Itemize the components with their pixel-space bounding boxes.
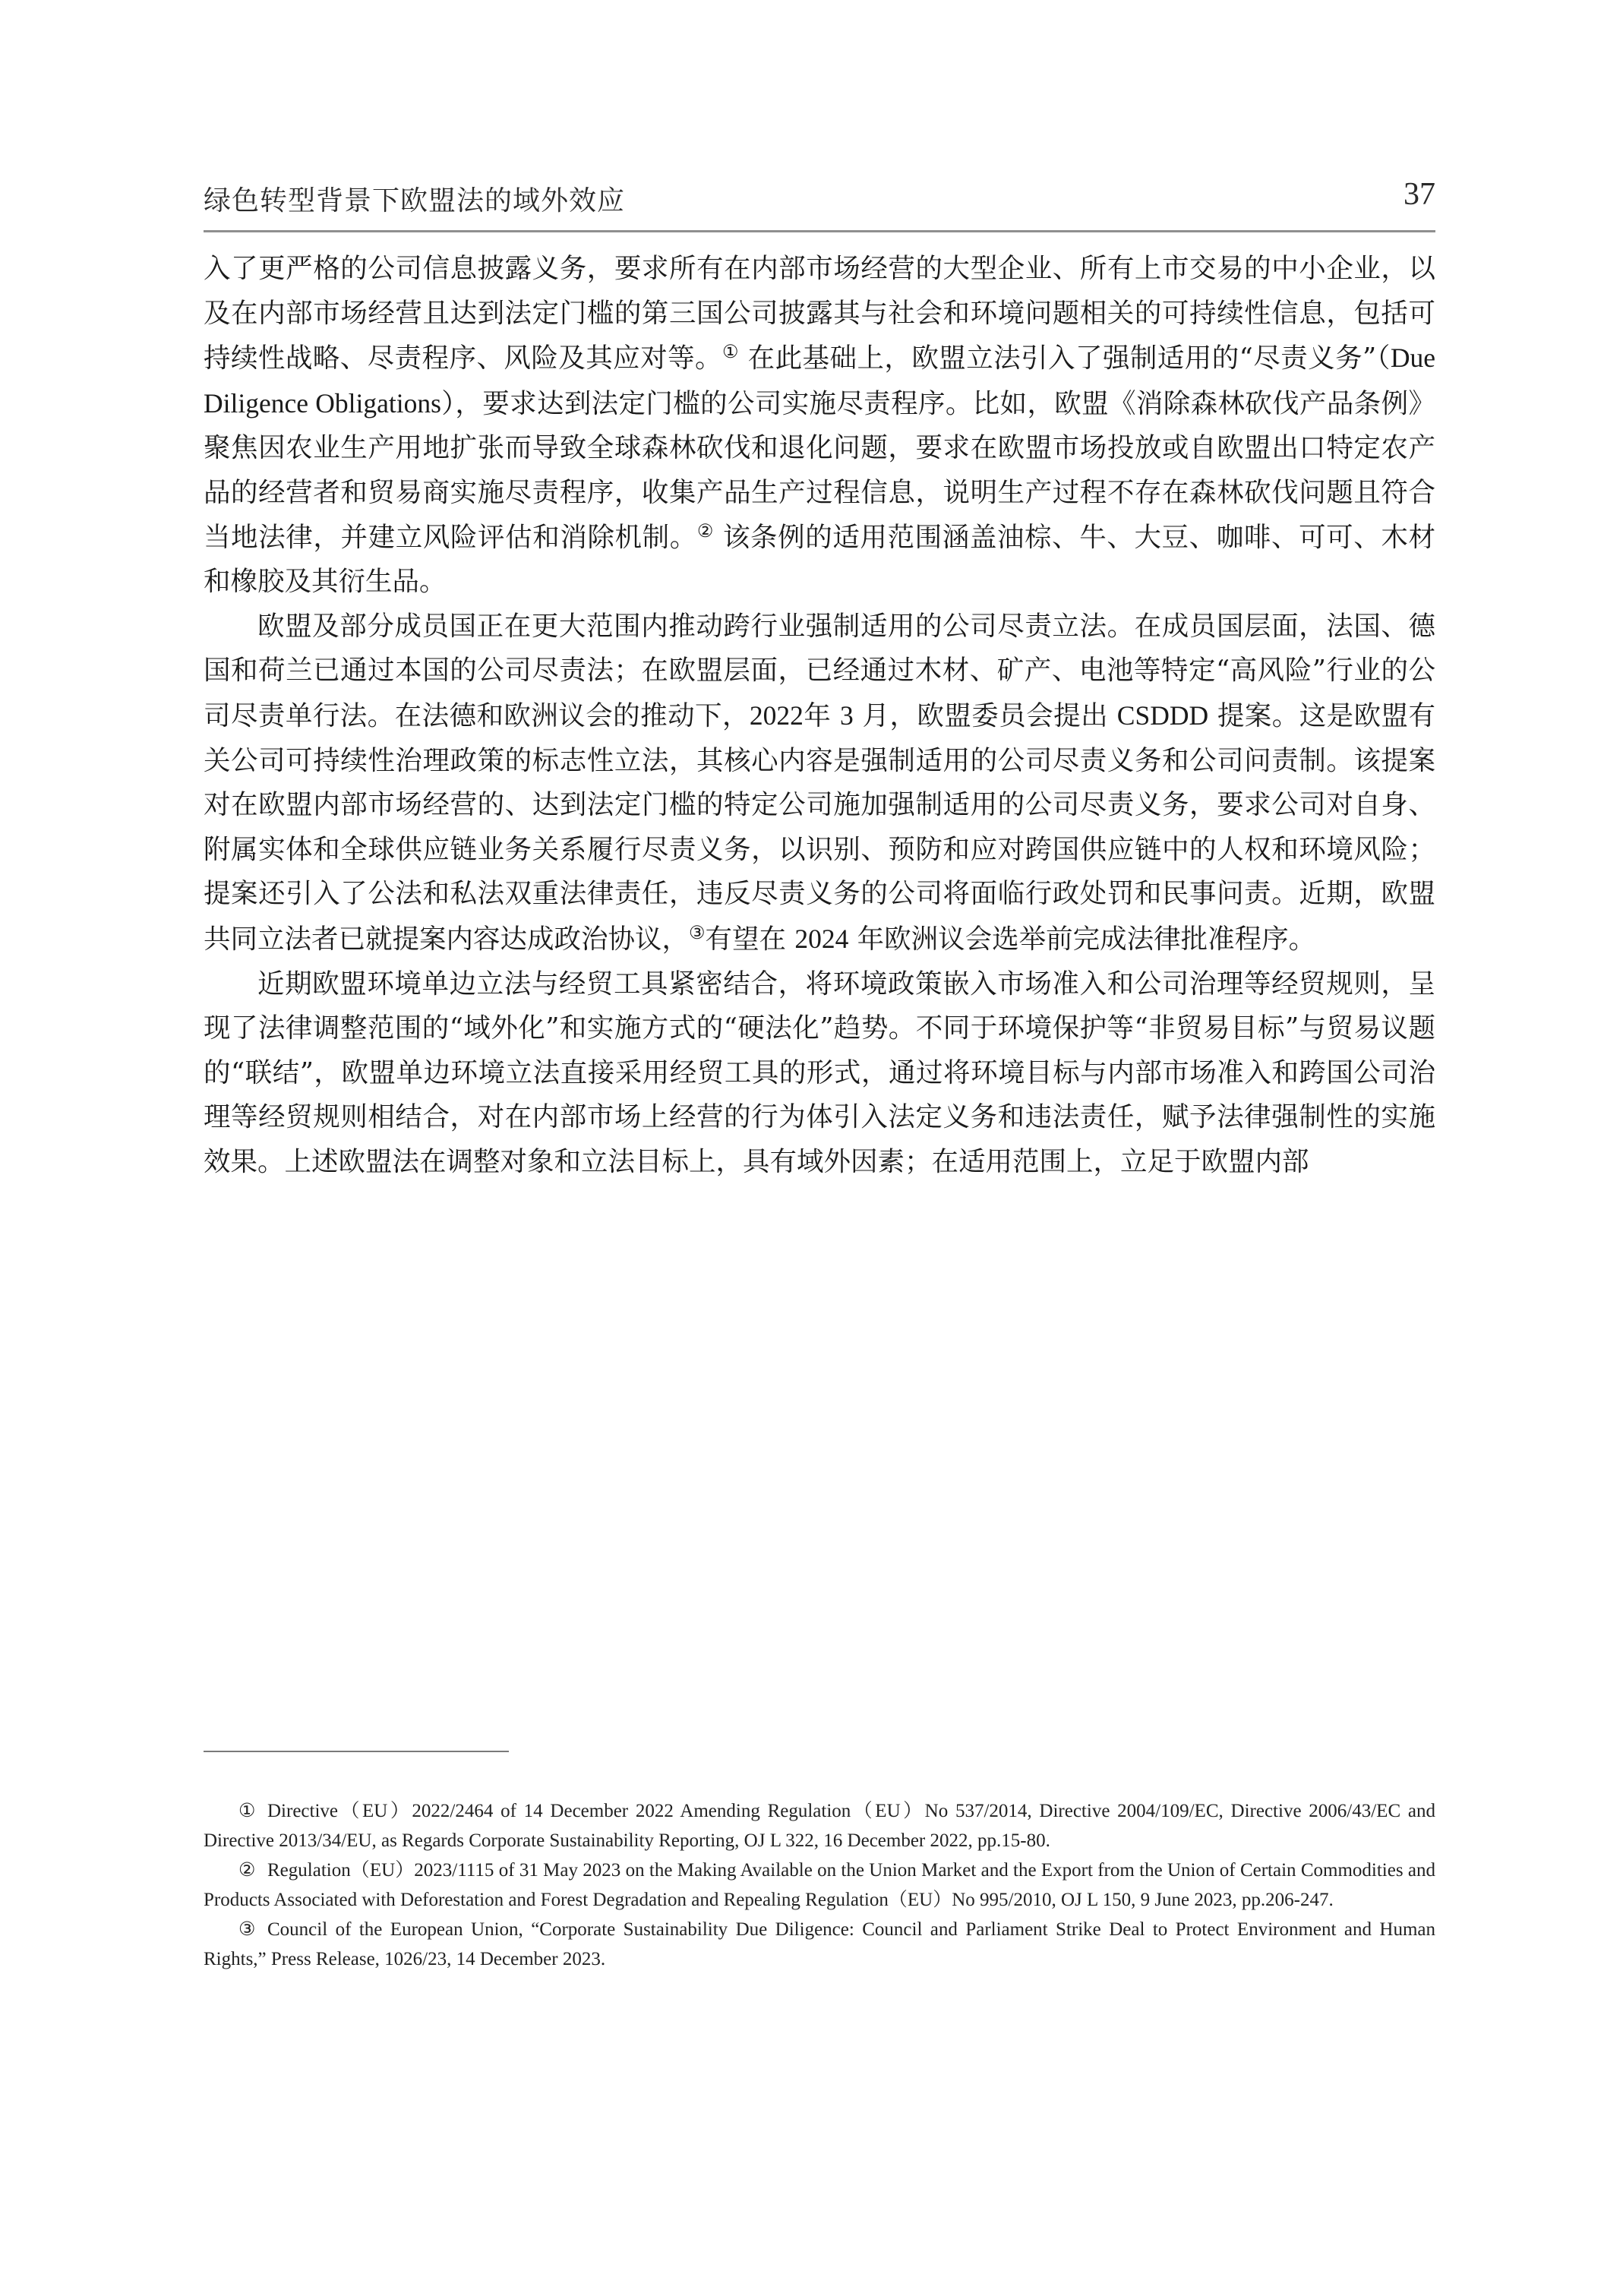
running-head: 绿色转型背景下欧盟法的域外效应 37 [204,176,1435,222]
body-paragraph: 近期欧盟环境单边立法与经贸工具紧密结合，将环境政策嵌入市场准入和公司治理等经贸规… [204,962,1435,1185]
footnote-reference[interactable]: ② [697,520,714,542]
latin-text: CSDDD [1117,700,1208,731]
latin-text: 2024 [794,924,848,954]
footnotes: ①Directive（EU）2022/2464 of 14 December 2… [204,1797,1435,1975]
latin-text: 2022 [750,700,804,731]
footnote-text: Council of the European Union, “Corporat… [204,1919,1435,1969]
body-paragraph: 欧盟及部分成员国正在更大范围内推动跨行业强制适用的公司尽责立法。在成员国层面，法… [204,605,1435,962]
footnote: ②Regulation（EU）2023/1115 of 31 May 2023 … [204,1856,1435,1915]
footnote-marker: ③ [238,1915,267,1945]
body-text: 入了更严格的公司信息披露义务，要求所有在内部市场经营的大型企业、所有上市交易的中… [204,247,1435,1184]
paragraph-text: 在此基础上，欧盟立法引入了强制适用的“尽责义务”（ [739,343,1391,374]
running-head-title: 绿色转型背景下欧盟法的域外效应 [204,179,625,218]
footnote: ③Council of the European Union, “Corpora… [204,1915,1435,1974]
footnote-marker: ① [238,1797,267,1827]
footnote-marker: ② [238,1856,267,1886]
footnote-reference[interactable]: ③ [689,922,706,943]
page-number: 37 [1404,176,1435,213]
footnote: ①Directive（EU）2022/2464 of 14 December 2… [204,1797,1435,1855]
paragraph-text: 年 [804,700,840,731]
footnote-rule [204,1751,509,1752]
body-paragraph: 入了更严格的公司信息披露义务，要求所有在内部市场经营的大型企业、所有上市交易的中… [204,247,1435,605]
header-rule [204,230,1435,232]
footnote-reference[interactable]: ① [722,341,739,362]
paragraph-text: 年欧洲议会选举前完成法律批准程序。 [848,924,1315,955]
latin-text: 3 [840,700,854,731]
paragraph-text: 近期欧盟环境单边立法与经贸工具紧密结合，将环境政策嵌入市场准入和公司治理等经贸规… [204,968,1435,1177]
paragraph-text: 提案。这是欧盟有关公司可持续性治理政策的标志性立法，其核心内容是强制适用的公司尽… [204,700,1435,955]
footnote-text: Regulation（EU）2023/1115 of 31 May 2023 o… [204,1860,1435,1910]
footnote-text: Directive（EU）2022/2464 of 14 December 20… [204,1801,1435,1851]
paragraph-text: 月，欧盟委员会提出 [854,700,1117,731]
paragraph-text: 有望在 [706,924,795,955]
